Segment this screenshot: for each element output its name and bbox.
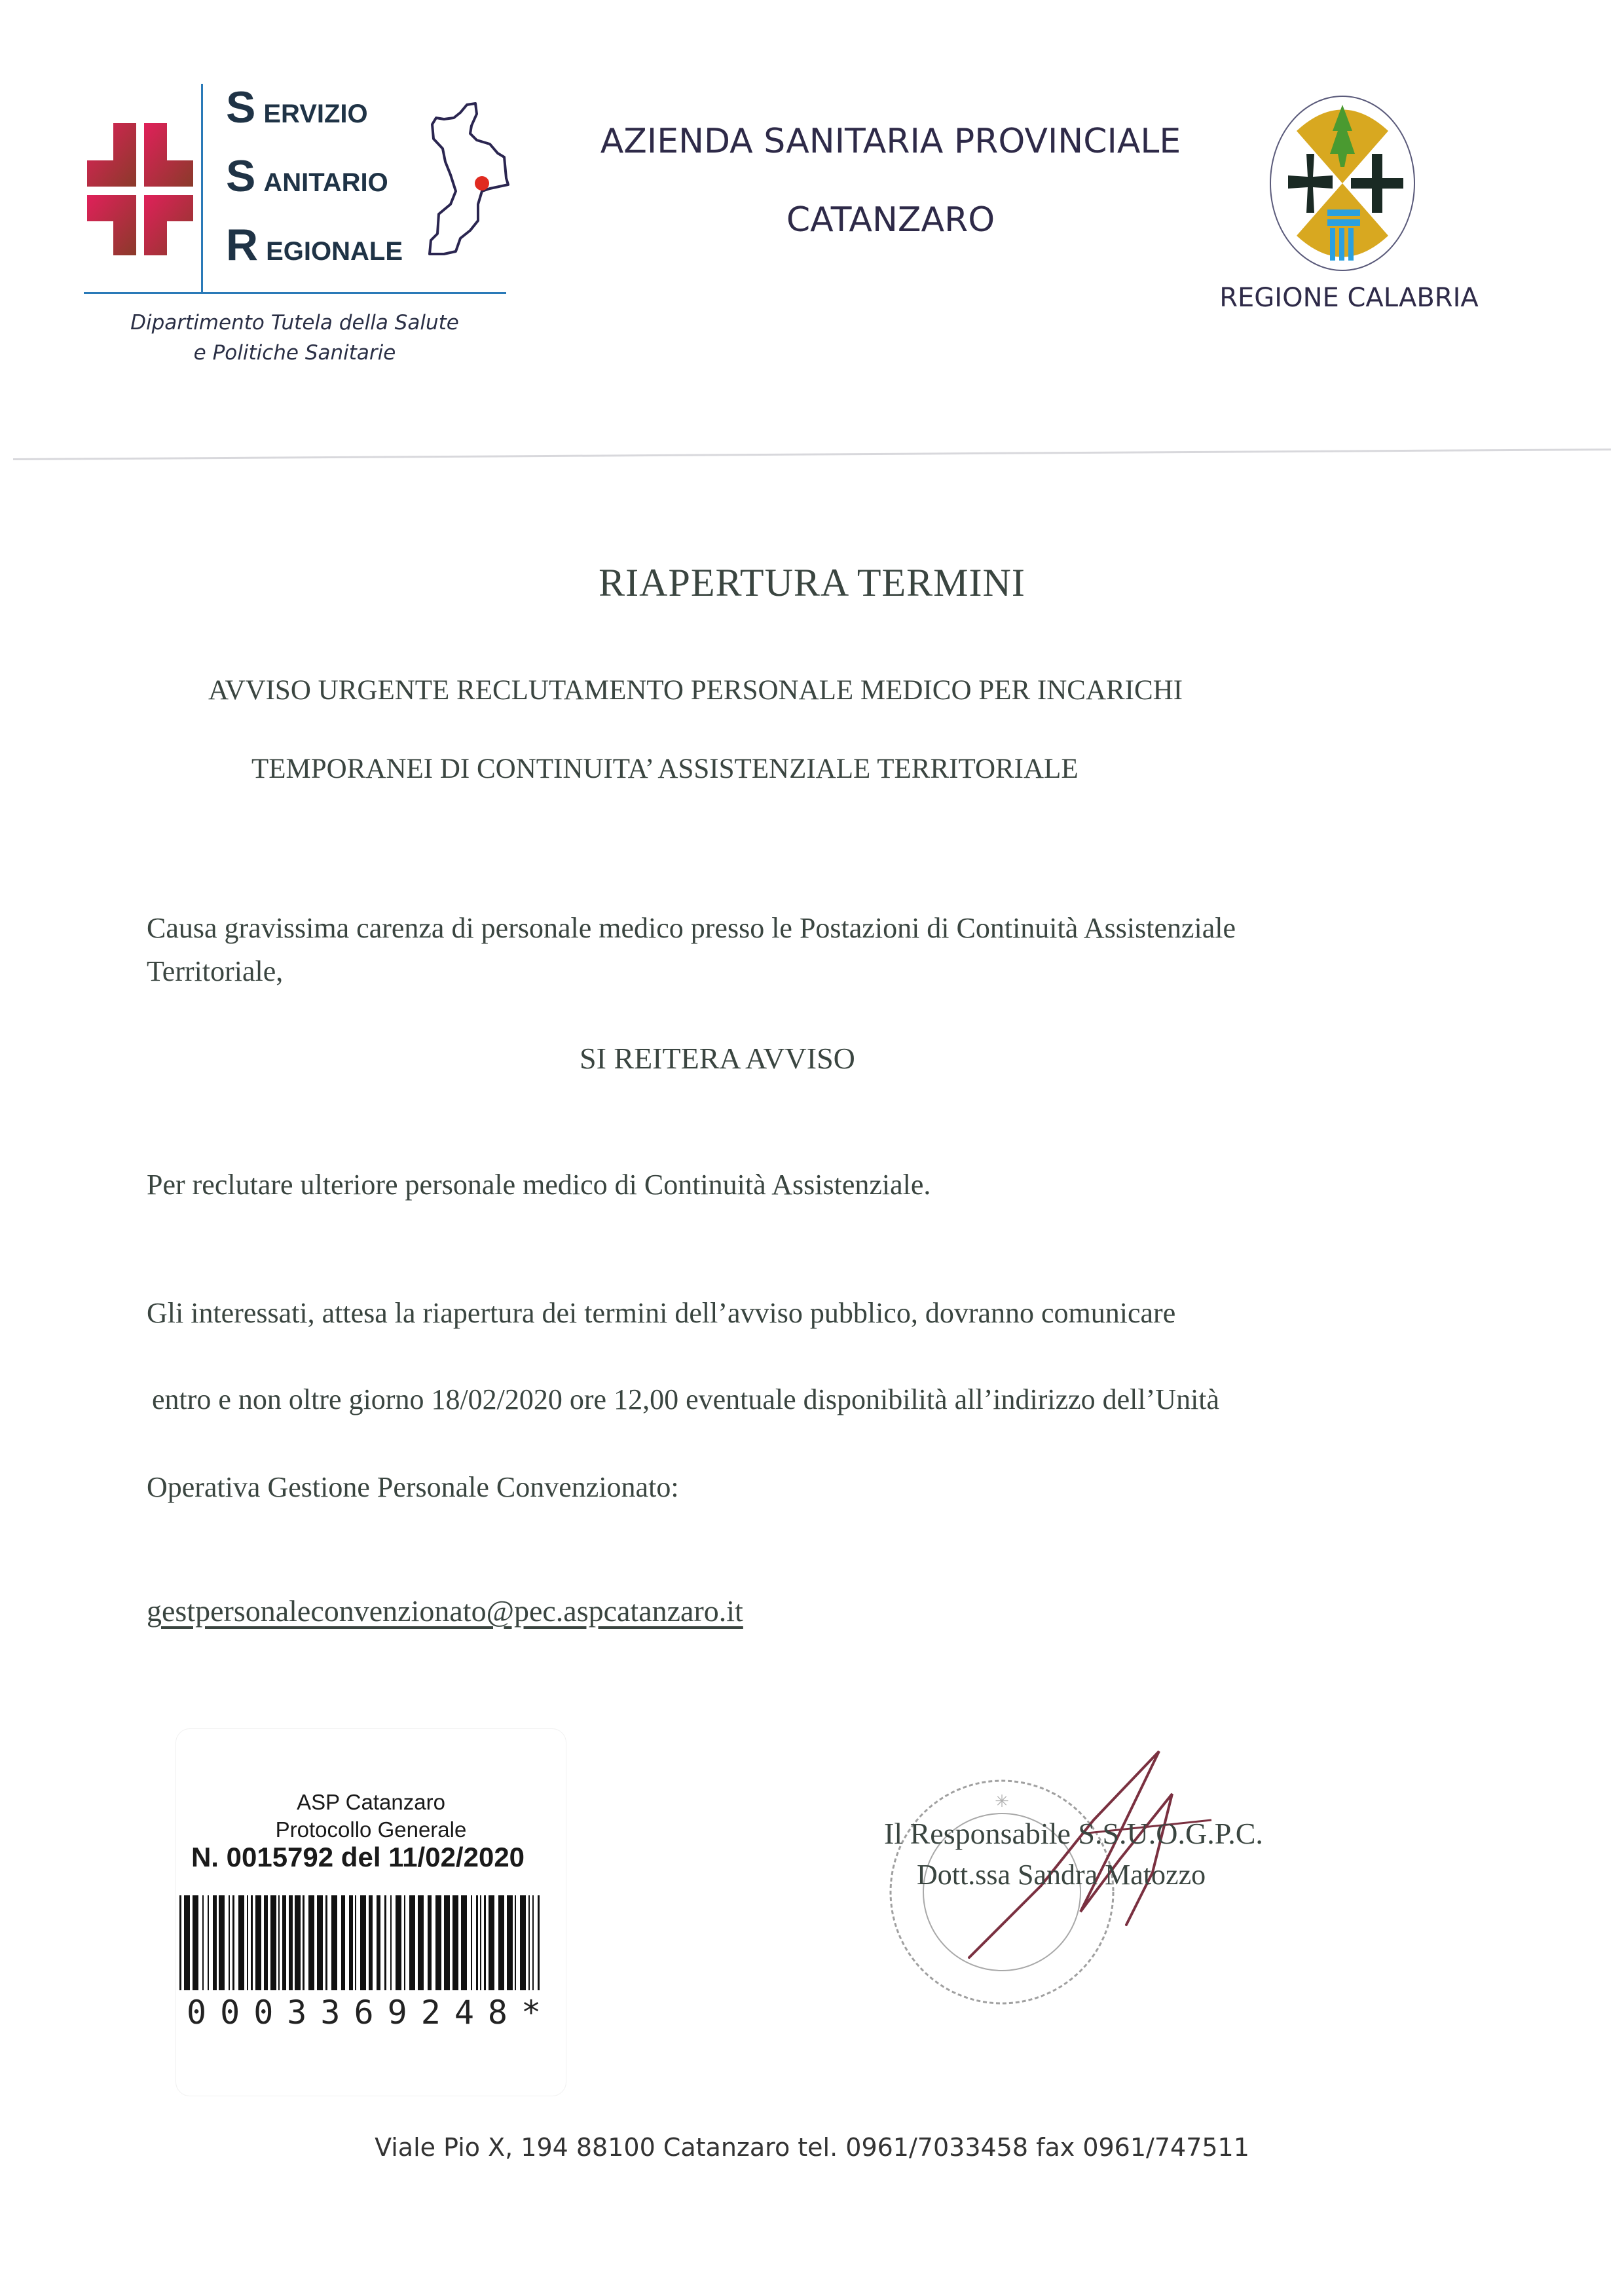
paragraph-3-line-2: entro e non oltre giorno 18/02/2020 ore … [152, 1383, 1219, 1416]
barcode-digits: 0003369248* [187, 1994, 553, 2032]
paragraph-1-line-2: Territoriale, [147, 955, 283, 988]
header-divider [13, 448, 1611, 460]
ssr-rest: EGIONALE [266, 237, 403, 266]
ssr-line-sanitario: SANITARIO [226, 151, 388, 202]
paragraph-2: Per reclutare ulteriore personale medico… [147, 1168, 931, 1201]
signatory-name: Dott.ssa Sandra Matozzo [917, 1858, 1375, 1891]
centered-notice: SI REITERA AVVISO [580, 1041, 855, 1076]
department-line-1: Dipartimento Tutela della Salute [85, 308, 504, 338]
paragraph-3-line-1: Gli interessati, attesa la riapertura de… [147, 1296, 1175, 1330]
ssr-line-servizio: SERVIZIO [226, 82, 368, 133]
contact-email-link[interactable]: gestpersonaleconvenzionato@pec.aspcatanz… [147, 1594, 743, 1628]
calabria-map-icon [424, 100, 516, 263]
ssr-rest: ERVIZIO [263, 100, 367, 128]
ssr-initial: R [226, 220, 257, 270]
organization-city: CATANZARO [563, 200, 1218, 240]
paragraph-3-line-3: Operativa Gestione Personale Convenziona… [147, 1470, 679, 1504]
organization-name: AZIENDA SANITARIA PROVINCIALE [563, 122, 1218, 161]
calabria-coat-of-arms-icon [1267, 92, 1418, 275]
ssr-logo [84, 118, 195, 262]
red-cross-icon [84, 118, 195, 262]
barcode [178, 1895, 545, 1990]
paragraph-1-line-1: Causa gravissima carenza di personale me… [147, 911, 1236, 945]
protocol-org: ASP Catanzaro [176, 1790, 566, 1815]
footer-address: Viale Pio X, 194 88100 Catanzaro tel. 09… [0, 2133, 1624, 2162]
ssr-initial: S [226, 151, 254, 201]
document-subtitle-line-2: TEMPORANEI DI CONTINUITA’ ASSISTENZIALE … [251, 753, 1079, 785]
ssr-initial: S [226, 82, 254, 132]
signatory-role: Il Responsabile S.S.U.O.G.P.C. [884, 1816, 1342, 1851]
ssr-line-regionale: REGIONALE [226, 219, 403, 270]
document-subtitle-line-1: AVVISO URGENTE RECLUTAMENTO PERSONALE ME… [208, 674, 1183, 706]
ssr-rest: ANITARIO [263, 168, 388, 197]
ssr-logo-underline [84, 292, 506, 294]
document-title: RIAPERTURA TERMINI [0, 560, 1624, 606]
handwritten-signature [963, 1741, 1225, 1964]
department-line-2: e Politiche Sanitarie [85, 338, 504, 368]
ssr-logo-divider [201, 84, 203, 293]
region-label: REGIONE CALABRIA [1185, 283, 1513, 313]
protocol-number: N. 0015792 del 11/02/2020 [163, 1842, 553, 1873]
protocol-registry: Protocollo Generale [176, 1817, 566, 1842]
